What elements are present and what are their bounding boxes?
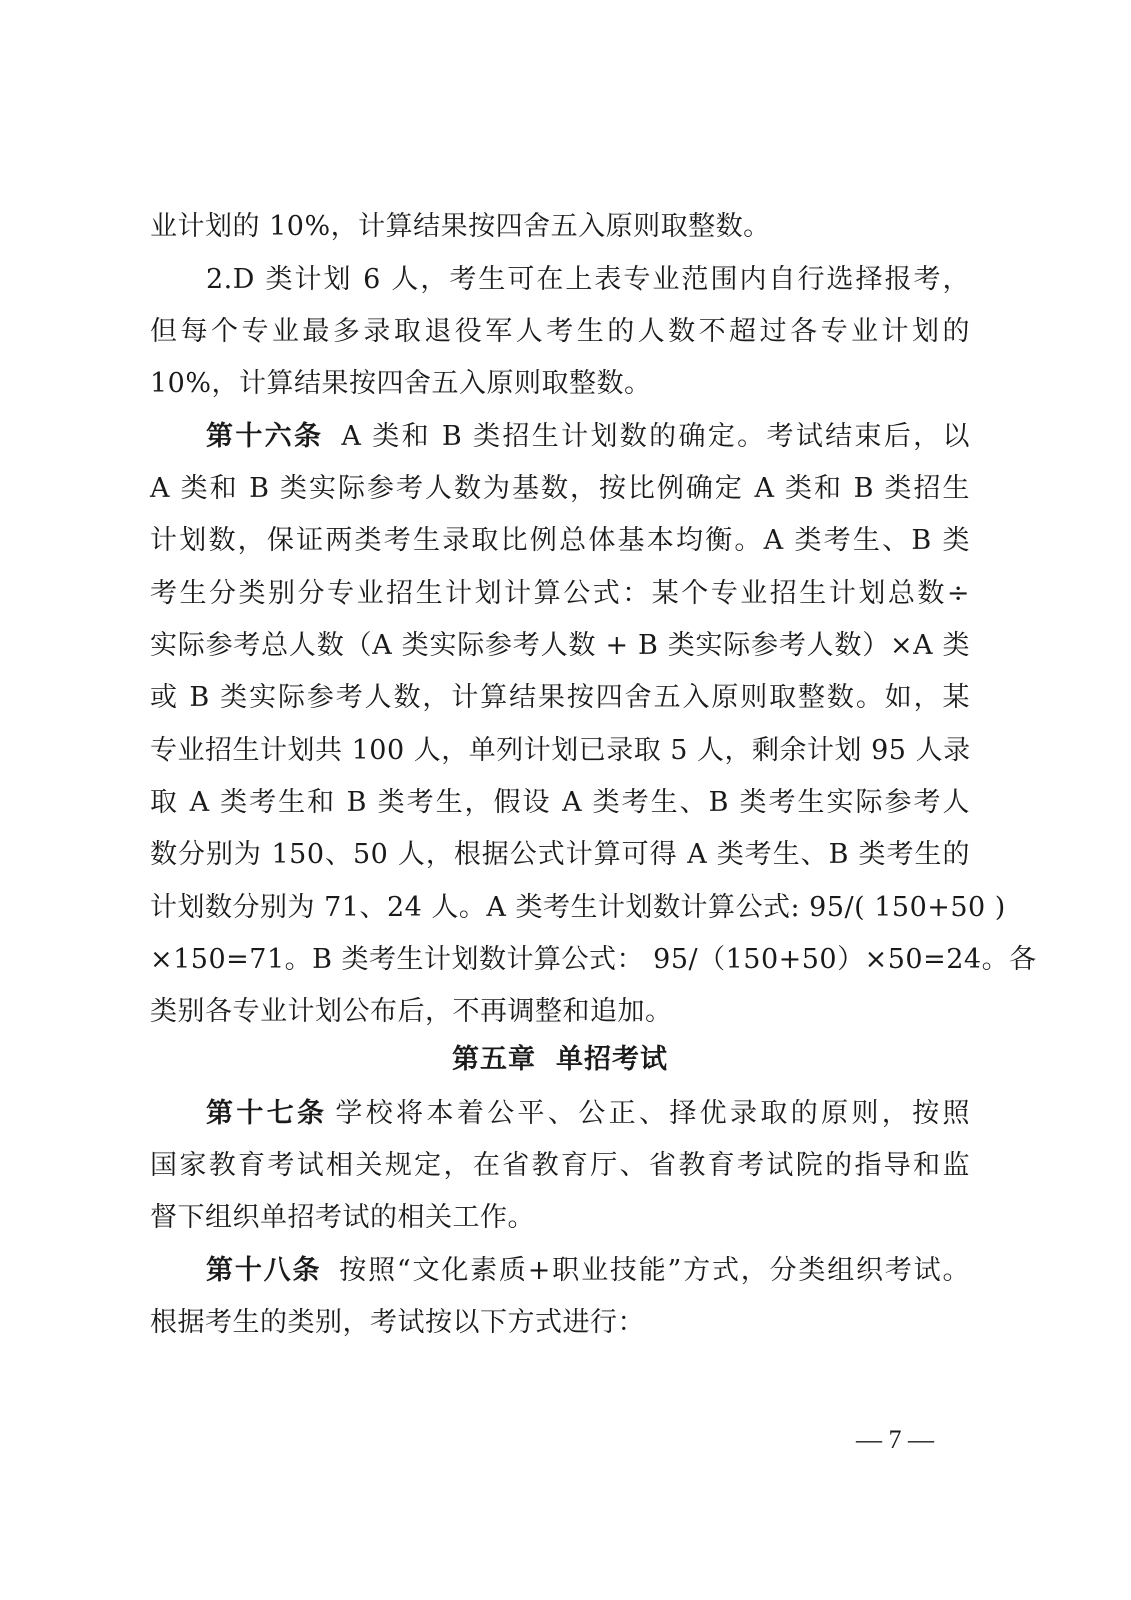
text-line: 10%，计算结果按四舍五入原则取整数。 [150,364,970,404]
text-segment: 学校将本着公平、公正、择优录取的原则，按照 [335,1098,970,1129]
article-17-heading: 第十七条 [206,1098,327,1129]
text-line: 国家教育考试相关规定，在省教育厅、省教育考试院的指导和监 [150,1146,970,1186]
document-page: 业计划的 10%，计算结果按四舍五入原则取整数。 2.D 类计划 6 人，考生可… [0,0,1131,1600]
text-line: 实际参考总人数（A 类实际参考人数 + B 类实际参考人数）×A 类 [150,626,970,666]
text-line: 数分别为 150、50 人，根据公式计算可得 A 类考生、B 类考生的 [150,835,970,875]
article-16-first-line: 第十六条A 类和 B 类招生计划数的确定。考试结束后，以 [206,417,970,457]
text-line: 取 A 类考生和 B 类考生，假设 A 类考生、B 类考生实际参考人 [150,783,970,823]
article-18-heading: 第十八条 [206,1255,321,1286]
chapter-number: 第五章 [452,1044,536,1075]
text-line: 考生分类别分专业招生计划计算公式：某个专业招生计划总数÷ [150,574,970,614]
chapter-title: 单招考试 [556,1044,668,1075]
text-line: 计划数分别为 71、24 人。A 类考生计划数计算公式: 95/( 150+50… [150,888,970,928]
text-line: ×150=71。B 类考生计划数计算公式： 95/（150+50）×50=24。… [150,940,970,980]
text-line: 但每个专业最多录取退役军人考生的人数不超过各专业计划的 [150,312,970,352]
text-line: 专业招生计划共 100 人，单列计划已录取 5 人，剩余计划 95 人录 [150,731,970,771]
chapter-heading: 第五章单招考试 [150,1040,970,1080]
text-line: 根据考生的类别，考试按以下方式进行： [150,1303,970,1343]
text-line: 类别各专业计划公布后，不再调整和追加。 [150,992,970,1032]
page-number: — 7 — [840,1420,950,1460]
text-line: A 类和 B 类实际参考人数为基数，按比例确定 A 类和 B 类招生 [150,469,970,509]
text-line: 督下组织单招考试的相关工作。 [150,1198,970,1238]
text-line: 或 B 类实际参考人数，计算结果按四舍五入原则取整数。如，某 [150,678,970,718]
article-17-first-line: 第十七条学校将本着公平、公正、择优录取的原则，按照 [206,1094,970,1134]
text-segment: A 类和 B 类招生计划数的确定。考试结束后，以 [341,421,970,452]
text-line: 业计划的 10%，计算结果按四舍五入原则取整数。 [150,207,970,247]
text-line: 计划数，保证两类考生录取比例总体基本均衡。A 类考生、B 类 [150,521,970,561]
article-18-first-line: 第十八条按照“文化素质+职业技能”方式，分类组织考试。 [206,1251,970,1291]
text-segment: 按照“文化素质+职业技能”方式，分类组织考试。 [339,1255,970,1286]
article-16-heading: 第十六条 [206,421,323,452]
text-line: 2.D 类计划 6 人，考生可在上表专业范围内自行选择报考， [206,260,970,300]
